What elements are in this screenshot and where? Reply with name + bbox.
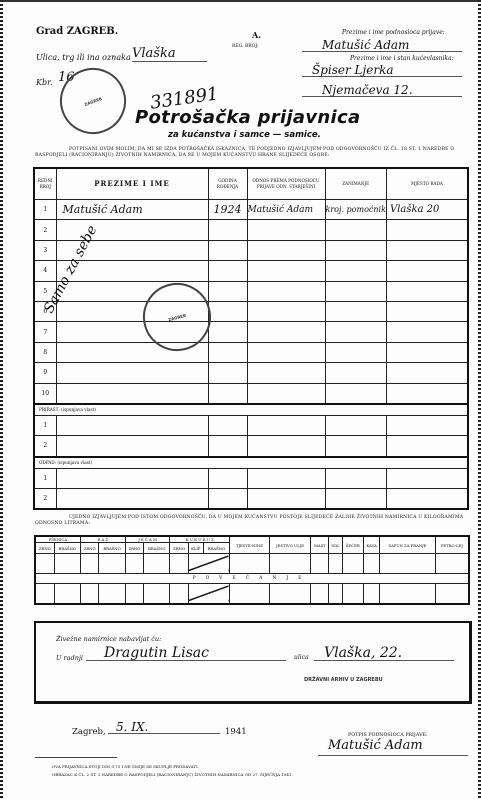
- occupation: krој. pomoćnik: [325, 200, 386, 220]
- person-name: [56, 363, 208, 383]
- shop-label: U radnji: [56, 654, 83, 662]
- archive-stamp: DRŽAVNI ARHIV U ZAGREBU: [304, 677, 383, 683]
- col-coffee: KAVA: [363, 536, 379, 554]
- occupation: [325, 363, 386, 383]
- row-number: 2: [34, 220, 56, 240]
- row-number: 8: [34, 342, 56, 362]
- table-row: 3: [34, 240, 468, 260]
- sub-flour: BRAŠNO: [144, 543, 170, 554]
- row-number: 2: [34, 489, 56, 510]
- landlord-label: Prezime i ime i stan kućevlasnika:: [350, 55, 454, 62]
- occupation: [325, 220, 386, 240]
- scan-edge-top: [0, 0, 481, 2]
- relation: [247, 240, 325, 260]
- relation: [247, 342, 325, 362]
- header-ordinal: REDNI BROJ: [34, 168, 56, 200]
- birth-year: [208, 261, 247, 281]
- table-row: 5: [34, 281, 468, 301]
- workplace: [386, 281, 468, 301]
- occupation: [325, 301, 386, 321]
- col-pasta: TJESTE-NINE: [230, 536, 270, 554]
- table-row: 9: [34, 363, 468, 383]
- birth-year: [208, 342, 247, 362]
- col-lard: MAST: [311, 536, 329, 554]
- workplace: [386, 342, 468, 362]
- sub-cob: KLIP: [188, 543, 203, 554]
- occupation: [325, 281, 386, 301]
- row-number: 1: [34, 415, 56, 435]
- birth-year: 1924: [208, 200, 247, 220]
- street-value: Vlaška: [132, 46, 207, 62]
- birth-year: [208, 363, 247, 383]
- birth-year: [208, 220, 247, 240]
- table-row: 7: [34, 322, 468, 342]
- birth-year: [208, 383, 247, 404]
- sub-grain: ZRNO: [170, 543, 188, 554]
- sub-grain: ZRNO: [125, 543, 143, 554]
- header-birth-year: GODINA ROĐENJA: [208, 168, 247, 200]
- stock-row: [35, 554, 469, 574]
- row-number: 1: [34, 468, 56, 488]
- stamp-center-text: ZAGREB: [168, 312, 187, 322]
- sub-flour: BRAŠNO: [99, 543, 125, 554]
- shop-street: Vlaška, 22.: [314, 645, 454, 661]
- footer-note-price: OVA PRIJAVNICA STOJI DIN 0'75 I NE SMIJE…: [52, 764, 199, 769]
- house-number-label: Kbr.: [36, 78, 53, 87]
- stock-table-group-header: PŠENICA R A Ž J E Č A M K U K U R U Z TJ…: [35, 536, 469, 543]
- city-label: Grad ZAGREB.: [36, 26, 118, 37]
- relation: [247, 301, 325, 321]
- table-row: 8: [34, 342, 468, 362]
- footer-note-form: OBRAZAC K ČL. 2 ST. 2 NAREDBE O RASPODJE…: [52, 772, 293, 777]
- form-letter: A.: [252, 30, 261, 40]
- arrivals-section-header: PRIRAST: (ispunjava vlast): [34, 404, 468, 416]
- form-subtitle: za kućanstva i samce — samice.: [168, 130, 321, 140]
- col-oil: JESTIVO ULJE: [269, 536, 310, 554]
- landlord-name: Špiser Ljerka: [302, 63, 462, 77]
- workplace: [386, 240, 468, 260]
- relation: Matušić Adam: [247, 200, 325, 220]
- increase-band: POVEĆANJE: [35, 574, 469, 584]
- stamp-center-text: ZAGREB: [84, 96, 103, 107]
- applicant-value: Matušić Adam: [302, 38, 462, 52]
- relation: [247, 281, 325, 301]
- stock-row: [35, 584, 469, 605]
- relation: [247, 363, 325, 383]
- person-name: Matušić Adam: [56, 200, 208, 220]
- signature-value: Matušić Adam: [318, 738, 468, 756]
- table-row: 2: [34, 489, 468, 510]
- birth-year: [208, 281, 247, 301]
- departures-label: ODPAD: (ispunjava vlast): [34, 457, 468, 469]
- occupation: [325, 383, 386, 404]
- birth-year: [208, 322, 247, 342]
- place-label: Zagreb,: [72, 727, 106, 737]
- row-number: 7: [34, 322, 56, 342]
- strike-mark: [188, 554, 229, 574]
- relation: [247, 261, 325, 281]
- header-workplace: MJESTO RADA: [386, 168, 468, 200]
- col-petroleum: PETRO-LEJ: [435, 536, 469, 554]
- registration-number-label: REG. BROJ:: [232, 44, 259, 49]
- shop-intro: Živežne namirnice nabavljat ću:: [56, 635, 161, 643]
- workplace: [386, 301, 468, 321]
- increase-label: POVEĆANJE: [35, 574, 469, 584]
- header-occupation: ZANIMANJE: [325, 168, 386, 200]
- sub-grain: ZRNO: [35, 543, 54, 554]
- col-salt: SOL: [329, 536, 342, 554]
- table-row: 1Matušić Adam1924Matušić Adamkrој. pomoć…: [34, 200, 468, 220]
- stock-declaration-text: UJEDNO IZJAVLJUJEM POD ISTOM ODGOVORNOŠĆ…: [35, 515, 471, 527]
- relation: [247, 220, 325, 240]
- persons-table-header: REDNI BROJ PREZIME I IME GODINA ROĐENJA …: [34, 168, 468, 200]
- sub-flour: BRAŠNO: [203, 543, 229, 554]
- workplace: [386, 220, 468, 240]
- sub-grain: ZRNO: [80, 543, 98, 554]
- row-number: 9: [34, 363, 56, 383]
- relation: [247, 383, 325, 404]
- street-label: Ulica, trg ili ina oznaka: [36, 53, 131, 62]
- occupation: [325, 240, 386, 260]
- workplace: [386, 383, 468, 404]
- landlord-address: Njemačeva 12.: [302, 83, 462, 97]
- scan-edge-left: [0, 0, 3, 800]
- row-number: 2: [34, 436, 56, 457]
- occupation: [325, 322, 386, 342]
- col-sugar: ŠEĆER: [342, 536, 363, 554]
- relation: [247, 322, 325, 342]
- table-row: 6: [34, 301, 468, 321]
- shop-name: Dragutin Lisac: [86, 645, 286, 661]
- header-relation: ODNOS PREMA PODNOSIOCU PRIJAVE ODN. STAR…: [247, 168, 325, 200]
- stock-table: PŠENICA R A Ž J E Č A M K U K U R U Z TJ…: [34, 535, 470, 605]
- table-row: 2: [34, 436, 468, 457]
- occupation: [325, 261, 386, 281]
- person-name: [56, 383, 208, 404]
- strike-mark: [188, 584, 229, 605]
- persons-table: REDNI BROJ PREZIME I IME GODINA ROĐENJA …: [33, 167, 469, 510]
- header-name: PREZIME I IME: [56, 168, 208, 200]
- declaration-text: POTPISANI OVIM MOLIM, DA MI SE IZDA POTR…: [35, 147, 471, 159]
- row-number: 4: [34, 261, 56, 281]
- workplace: [386, 322, 468, 342]
- birth-year: [208, 240, 247, 260]
- applicant-label: Prezime i ime podnosioca prijave:: [342, 29, 445, 36]
- occupation: [325, 342, 386, 362]
- date-value: 5. IX.: [108, 720, 220, 734]
- ration-form-page: Grad ZAGREB. Ulica, trg ili ina oznaka V…: [0, 0, 481, 800]
- table-row: 10: [34, 383, 468, 404]
- year-value: 1941: [225, 727, 247, 737]
- workplace: [386, 261, 468, 281]
- shop-box: Živežne namirnice nabavljat ću: U radnji…: [34, 621, 472, 704]
- row-number: 3: [34, 240, 56, 260]
- departures-section-header: ODPAD: (ispunjava vlast): [34, 457, 468, 469]
- sub-flour: BRAŠNO: [54, 543, 80, 554]
- shop-street-label: ulica: [294, 654, 309, 661]
- col-soap: SAPUN ZA PRANJE: [380, 536, 436, 554]
- workplace: [386, 363, 468, 383]
- table-row: 1: [34, 415, 468, 435]
- row-number: 1: [34, 200, 56, 220]
- workplace: Vlaška 20: [386, 200, 468, 220]
- table-row: 1: [34, 468, 468, 488]
- form-title: Potrošačka prijavnica: [135, 107, 360, 128]
- arrivals-label: PRIRAST: (ispunjava vlast): [34, 404, 468, 416]
- birth-year: [208, 301, 247, 321]
- row-number: 10: [34, 383, 56, 404]
- footer-divider: [35, 757, 117, 758]
- table-row: 4: [34, 261, 468, 281]
